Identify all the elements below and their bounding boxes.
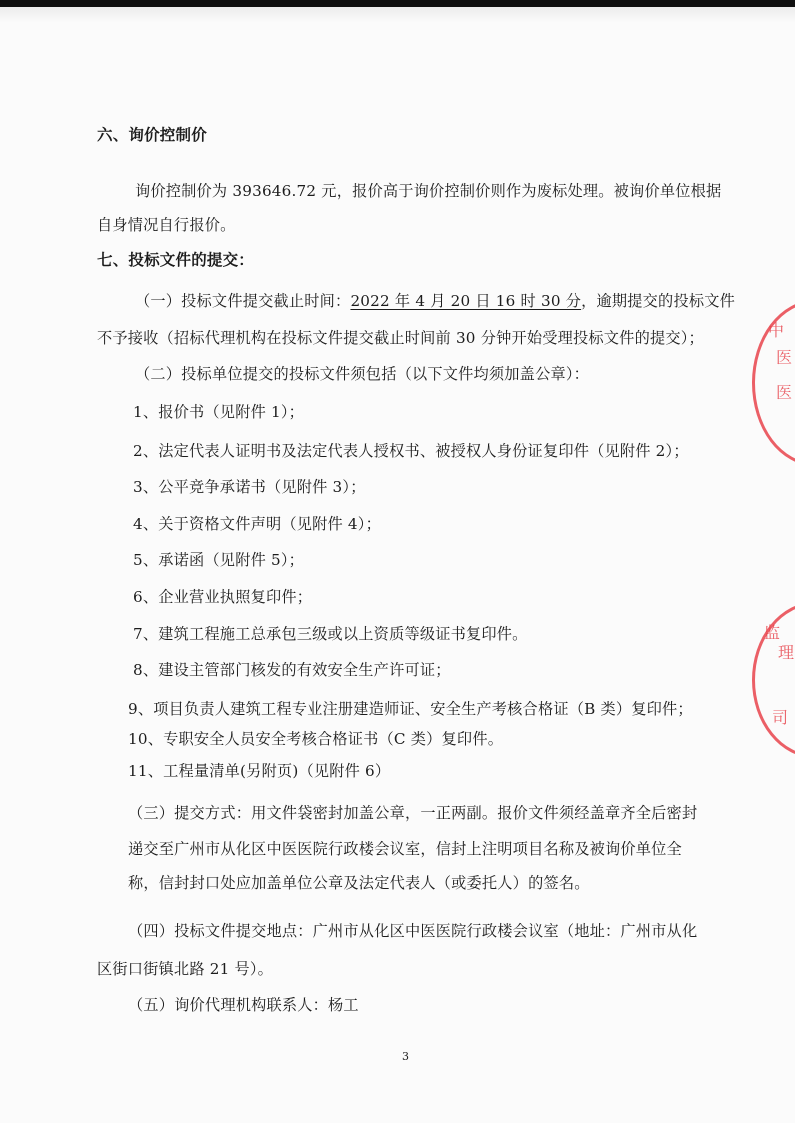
seal-1-text: 中 bbox=[768, 318, 784, 341]
deadline-datetime: 2022 年 4 月 20 日 16 时 30 分 bbox=[350, 292, 581, 310]
deadline-line-2: 不予接收（招标代理机构在投标文件提交截止时间前 30 分钟开始受理投标文件的提交… bbox=[97, 328, 704, 348]
required-intro: （二）投标单位提交的投标文件须包括（以下文件均须加盖公章）： bbox=[135, 364, 589, 384]
submission-method-line: 称，信封封口处应加盖单位公章及法定代表人（或委托人）的签名。 bbox=[128, 873, 590, 893]
seal-1-text: 医 bbox=[776, 380, 792, 403]
submission-method-line: 递交至广州市从化区中医医院行政楼会议室，信封上注明项目名称及被询价单位全 bbox=[128, 839, 682, 859]
required-item: 7、建筑工程施工总承包三级或以上资质等级证书复印件。 bbox=[133, 624, 528, 644]
scan-top-edge bbox=[0, 0, 795, 7]
submission-location-line: 区街口街镇北路 21 号）。 bbox=[97, 959, 273, 979]
seal-2-text: 司 bbox=[772, 705, 788, 728]
seal-2-text: 理 bbox=[778, 640, 794, 663]
section-heading-6: 六、询价控制价 bbox=[97, 125, 207, 145]
paragraph-line: 自身情况自行报价。 bbox=[97, 215, 236, 235]
contact-line: （五）询价代理机构联系人：杨工 bbox=[128, 995, 359, 1015]
seal-1-text: 医 bbox=[776, 345, 792, 368]
page-number: 3 bbox=[402, 1050, 409, 1063]
deadline-prefix: （一）投标文件提交截止时间： bbox=[135, 292, 350, 310]
deadline-line: （一）投标文件提交截止时间：2022 年 4 月 20 日 16 时 30 分，… bbox=[135, 291, 735, 311]
deadline-suffix: ，逾期提交的投标文件 bbox=[581, 292, 735, 310]
required-item: 8、建设主管部门核发的有效安全生产许可证； bbox=[133, 660, 451, 680]
required-item: 5、承诺函（见附件 5）； bbox=[133, 550, 304, 570]
required-item: 3、公平竞争承诺书（见附件 3）； bbox=[133, 477, 366, 497]
required-item: 6、企业营业执照复印件； bbox=[133, 587, 312, 607]
scan-shadow bbox=[0, 7, 795, 23]
submission-location-line: （四）投标文件提交地点：广州市从化区中医医院行政楼会议室（地址：广州市从化 bbox=[128, 921, 697, 941]
required-item: 4、关于资格文件声明（见附件 4）； bbox=[133, 514, 381, 534]
required-item: 2、法定代表人证明书及法定代表人授权书、被授权人身份证复印件（见附件 2）； bbox=[133, 441, 689, 461]
required-item: 1、报价书（见附件 1）； bbox=[133, 402, 304, 422]
section-heading-7: 七、投标文件的提交： bbox=[97, 250, 254, 270]
paragraph-line: 询价控制价为 393646.72 元，报价高于询价控制价则作为废标处理。被询价单… bbox=[135, 181, 721, 201]
required-item: 9、项目负责人建筑工程专业注册建造师证、安全生产考核合格证（B 类）复印件； bbox=[128, 699, 693, 719]
required-item: 10、专职安全人员安全考核合格证书（C 类）复印件。 bbox=[128, 729, 503, 749]
required-item: 11、工程量清单(另附页)（见附件 6） bbox=[128, 761, 390, 781]
submission-method-line: （三）提交方式：用文件袋密封加盖公章，一正两副。报价文件须经盖章齐全后密封 bbox=[128, 803, 697, 823]
